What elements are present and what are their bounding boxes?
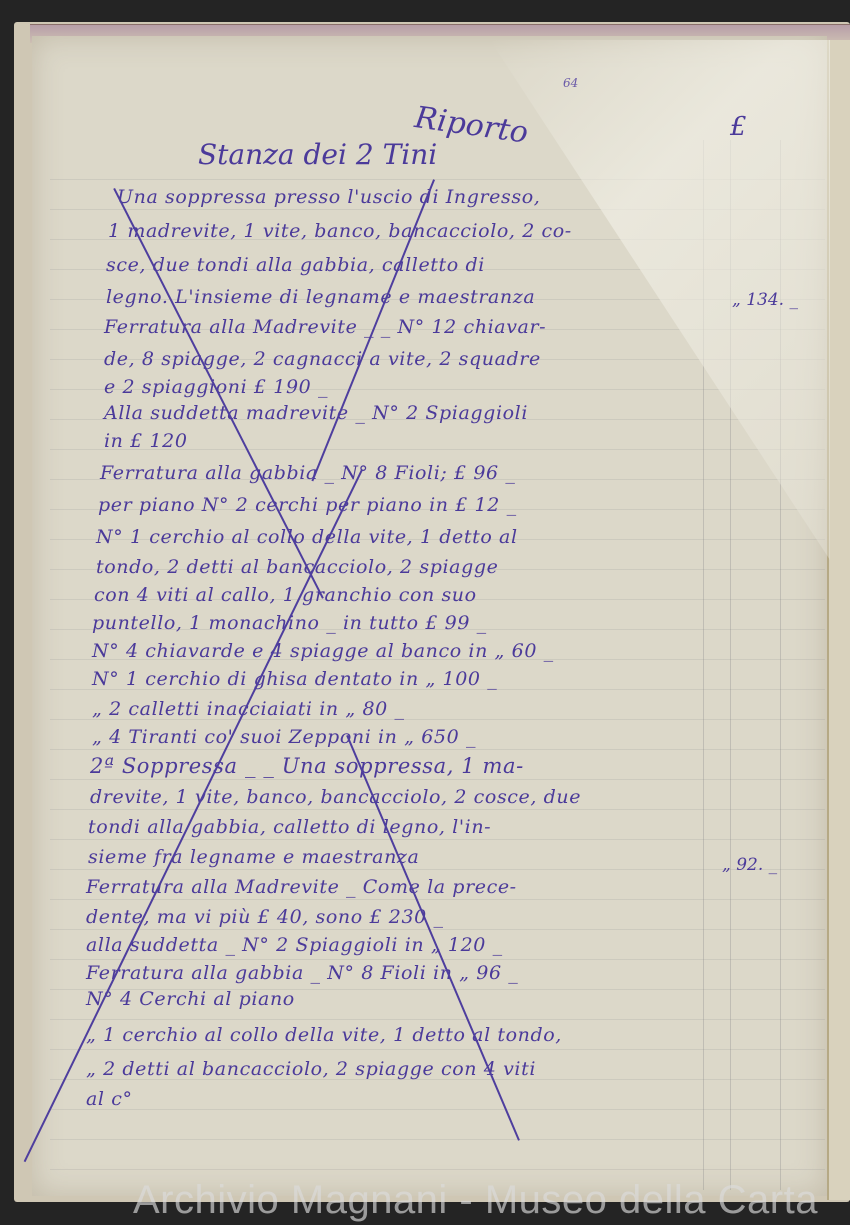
text-line: N° 1 cerchio di ghisa dentato in „ 100 _ bbox=[92, 668, 497, 690]
archive-watermark: Archivio Magnani - Museo della Carta bbox=[133, 1178, 818, 1223]
amount-92: „ 92. _ bbox=[722, 855, 777, 875]
text-line: sieme fra legname e maestranza bbox=[88, 846, 419, 868]
currency-header: £ bbox=[730, 112, 747, 142]
text-line: „ 2 detti al bancacciolo, 2 spiagge con … bbox=[86, 1058, 536, 1080]
next-page-edge bbox=[827, 40, 850, 1200]
text-line: 1 madrevite, 1 vite, banco, bancacciolo,… bbox=[108, 220, 572, 242]
amount-column-line bbox=[703, 140, 704, 1190]
text-line: in £ 120 bbox=[104, 430, 188, 452]
text-line: N° 4 Cerchi al piano bbox=[86, 988, 295, 1010]
text-line: „ 4 Tiranti co' suoi Zepponi in „ 650 _ bbox=[92, 726, 476, 748]
pencil-page-number: 64 bbox=[563, 76, 578, 90]
text-line: Ferratura alla gabbia _ N° 8 Fioli in „ … bbox=[86, 962, 518, 984]
text-line: „ 1 cerchio al collo della vite, 1 detto… bbox=[86, 1024, 562, 1046]
text-line: tondo, 2 detti al bancacciolo, 2 spiagge bbox=[96, 556, 498, 578]
text-line: al c° bbox=[86, 1088, 133, 1110]
text-line: Alla suddetta madrevite _ N° 2 Spiaggiol… bbox=[104, 402, 528, 424]
text-line: drevite, 1 vite, banco, bancacciolo, 2 c… bbox=[90, 786, 581, 808]
amount-column-line bbox=[730, 140, 731, 1190]
text-line: Ferratura alla gabbia _ N° 8 Fioli; £ 96… bbox=[100, 462, 515, 484]
section-title: Stanza dei 2 Tini bbox=[198, 138, 437, 171]
text-line: N° 4 chiavarde e 4 spiagge al banco in „… bbox=[92, 640, 554, 662]
text-line: per piano N° 2 cerchi per piano in £ 12 … bbox=[98, 494, 517, 516]
text-line: sce, due tondi alla gabbia, calletto di bbox=[106, 254, 485, 276]
text-line: de, 8 spiagge, 2 cagnacci a vite, 2 squa… bbox=[104, 348, 541, 370]
text-line: con 4 viti al callo, 1 granchio con suo bbox=[94, 584, 477, 606]
text-line: Ferratura alla Madrevite _ _ N° 12 chiav… bbox=[104, 316, 546, 338]
text-line: Una soppressa presso l'uscio di Ingresso… bbox=[117, 186, 540, 208]
text-line: N° 1 cerchio al collo della vite, 1 dett… bbox=[96, 526, 518, 548]
section-heading-2: 2ª Soppressa _ _ Una soppressa, 1 ma- bbox=[90, 754, 524, 778]
amount-134: „ 134. _ bbox=[732, 290, 798, 310]
text-line: Ferratura alla Madrevite _ Come la prece… bbox=[86, 876, 517, 898]
text-line: tondi alla gabbia, calletto di legno, l'… bbox=[88, 816, 491, 838]
